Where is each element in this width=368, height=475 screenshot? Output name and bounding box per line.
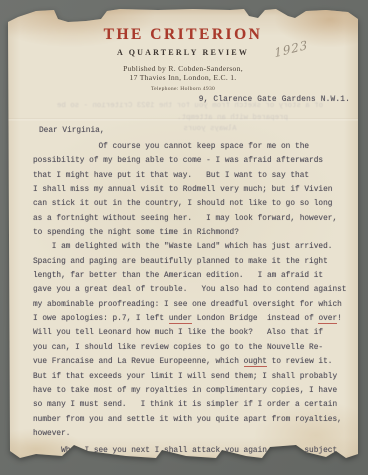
letterhead: THE CRITERION A QUARTERLY REVIEW Publish… — [8, 27, 358, 92]
letter-line: Will you tell Leonard how much I like th… — [33, 326, 342, 340]
letter-paper-wrapper: THE CRITERION A QUARTERLY REVIEW Publish… — [8, 6, 358, 463]
letter-line: Of course you cannot keep space for me o… — [33, 140, 342, 154]
letter-text: number from you and settle it with you q… — [33, 416, 342, 424]
ghost-line: prepared with an attempt. — [115, 113, 350, 125]
letter-line: however. — [33, 427, 342, 441]
letter-line: I am delighted with the "Waste Land" whi… — [33, 240, 342, 254]
letter-text: I shall miss my annual visit to Rodmell … — [33, 186, 332, 194]
letter-text: as a fortnight without seeing her. I may… — [33, 215, 337, 223]
letter-text: length, far better than the American edi… — [33, 272, 323, 280]
letter-line: Spacing and paging are beautifully plann… — [33, 255, 342, 269]
letter-line: number from you and settle it with you q… — [33, 413, 342, 427]
letter-line: length, far better than the American edi… — [33, 269, 342, 283]
letter-text: London Bridge instead of — [192, 315, 318, 323]
letterhead-telephone: Telephone: Holborn 4930 — [8, 86, 358, 92]
paper-crease — [8, 118, 358, 121]
letter-line: you can, I should like review copies to … — [33, 341, 342, 355]
letter-text: Spacing and paging are beautifully plann… — [33, 258, 328, 266]
letter-line: I owe apologies: p.7, I left under Londo… — [33, 312, 342, 326]
letter-text: you can, I should like review copies to … — [33, 344, 323, 352]
letter-body: Of course you cannot keep space for me o… — [33, 140, 342, 459]
sender-address: 9, Clarence Gate Gardens N.W.1. — [199, 96, 350, 104]
underlined-word: ought — [244, 358, 267, 367]
letterhead-publisher-line-1: Published by R. Cobden-Sanderson, — [8, 64, 358, 73]
letter-line: possibility of my being able to come - I… — [33, 154, 342, 168]
letter-text: to spending the night some time in Richm… — [33, 229, 239, 237]
letter-text: have to take most of my royalties in com… — [33, 387, 337, 395]
letter-line: that I might have put it that way. But I… — [33, 169, 342, 183]
letter-text: can stick it out in the country, I shoul… — [33, 200, 332, 208]
letter-text: so many I must send. I think it is simpl… — [33, 401, 337, 409]
letter-line: can stick it out in the country, I shoul… — [33, 197, 342, 211]
letter-text: ! — [337, 315, 342, 323]
letter-text: my abominable proofreading: I see one dr… — [33, 301, 342, 309]
letter-line: But if that exceeds your limit I will se… — [33, 370, 342, 384]
underlined-word: under — [169, 315, 192, 324]
letter-text: however. — [33, 430, 70, 438]
letter-text: I am delighted with the "Waste Land" whi… — [33, 243, 332, 251]
letter-text: vue Francaise and La Revue Europeenne, w… — [33, 358, 244, 366]
letter-line: I shall miss my annual visit to Rodmell … — [33, 183, 342, 197]
letter-text: When I see you next I shall attack you a… — [33, 447, 337, 455]
letter-text: possibility of my being able to come - I… — [33, 157, 323, 165]
letter-text: Will you tell Leonard how much I like th… — [33, 329, 323, 337]
scanned-letter-scene: THE CRITERION A QUARTERLY REVIEW Publish… — [0, 0, 368, 475]
salutation: Dear Virginia, — [39, 127, 105, 135]
letter-text: to review it. — [267, 358, 333, 366]
ghost-line: Always yours — [70, 124, 350, 136]
letterhead-publisher-line-2: 17 Thavies Inn, London, E.C. 1. — [8, 73, 358, 82]
letter-text: gave you a great deal of trouble. You al… — [33, 286, 347, 294]
letter-line: my abominable proofreading: I see one dr… — [33, 298, 342, 312]
letter-text: Of course you cannot keep space for me o… — [33, 143, 309, 151]
letter-text: that I might have put it that way. But I… — [33, 172, 309, 180]
letter-text: But if that exceeds your limit I will se… — [33, 373, 337, 381]
letter-text: I owe apologies: p.7, I left — [33, 315, 169, 323]
letter-line: as a fortnight without seeing her. I may… — [33, 212, 342, 226]
letter-line: so many I must send. I think it is simpl… — [33, 398, 342, 412]
letter-line: gave you a great deal of trouble. You al… — [33, 283, 342, 297]
underlined-word: over — [318, 315, 337, 324]
letter-line: vue Francaise and La Revue Europeenne, w… — [33, 355, 342, 369]
letter-line: When I see you next I shall attack you a… — [33, 444, 342, 458]
letter-paper: THE CRITERION A QUARTERLY REVIEW Publish… — [8, 6, 358, 463]
letter-line: have to take most of my royalties in com… — [33, 384, 342, 398]
letter-line: to spending the night some time in Richm… — [33, 226, 342, 240]
